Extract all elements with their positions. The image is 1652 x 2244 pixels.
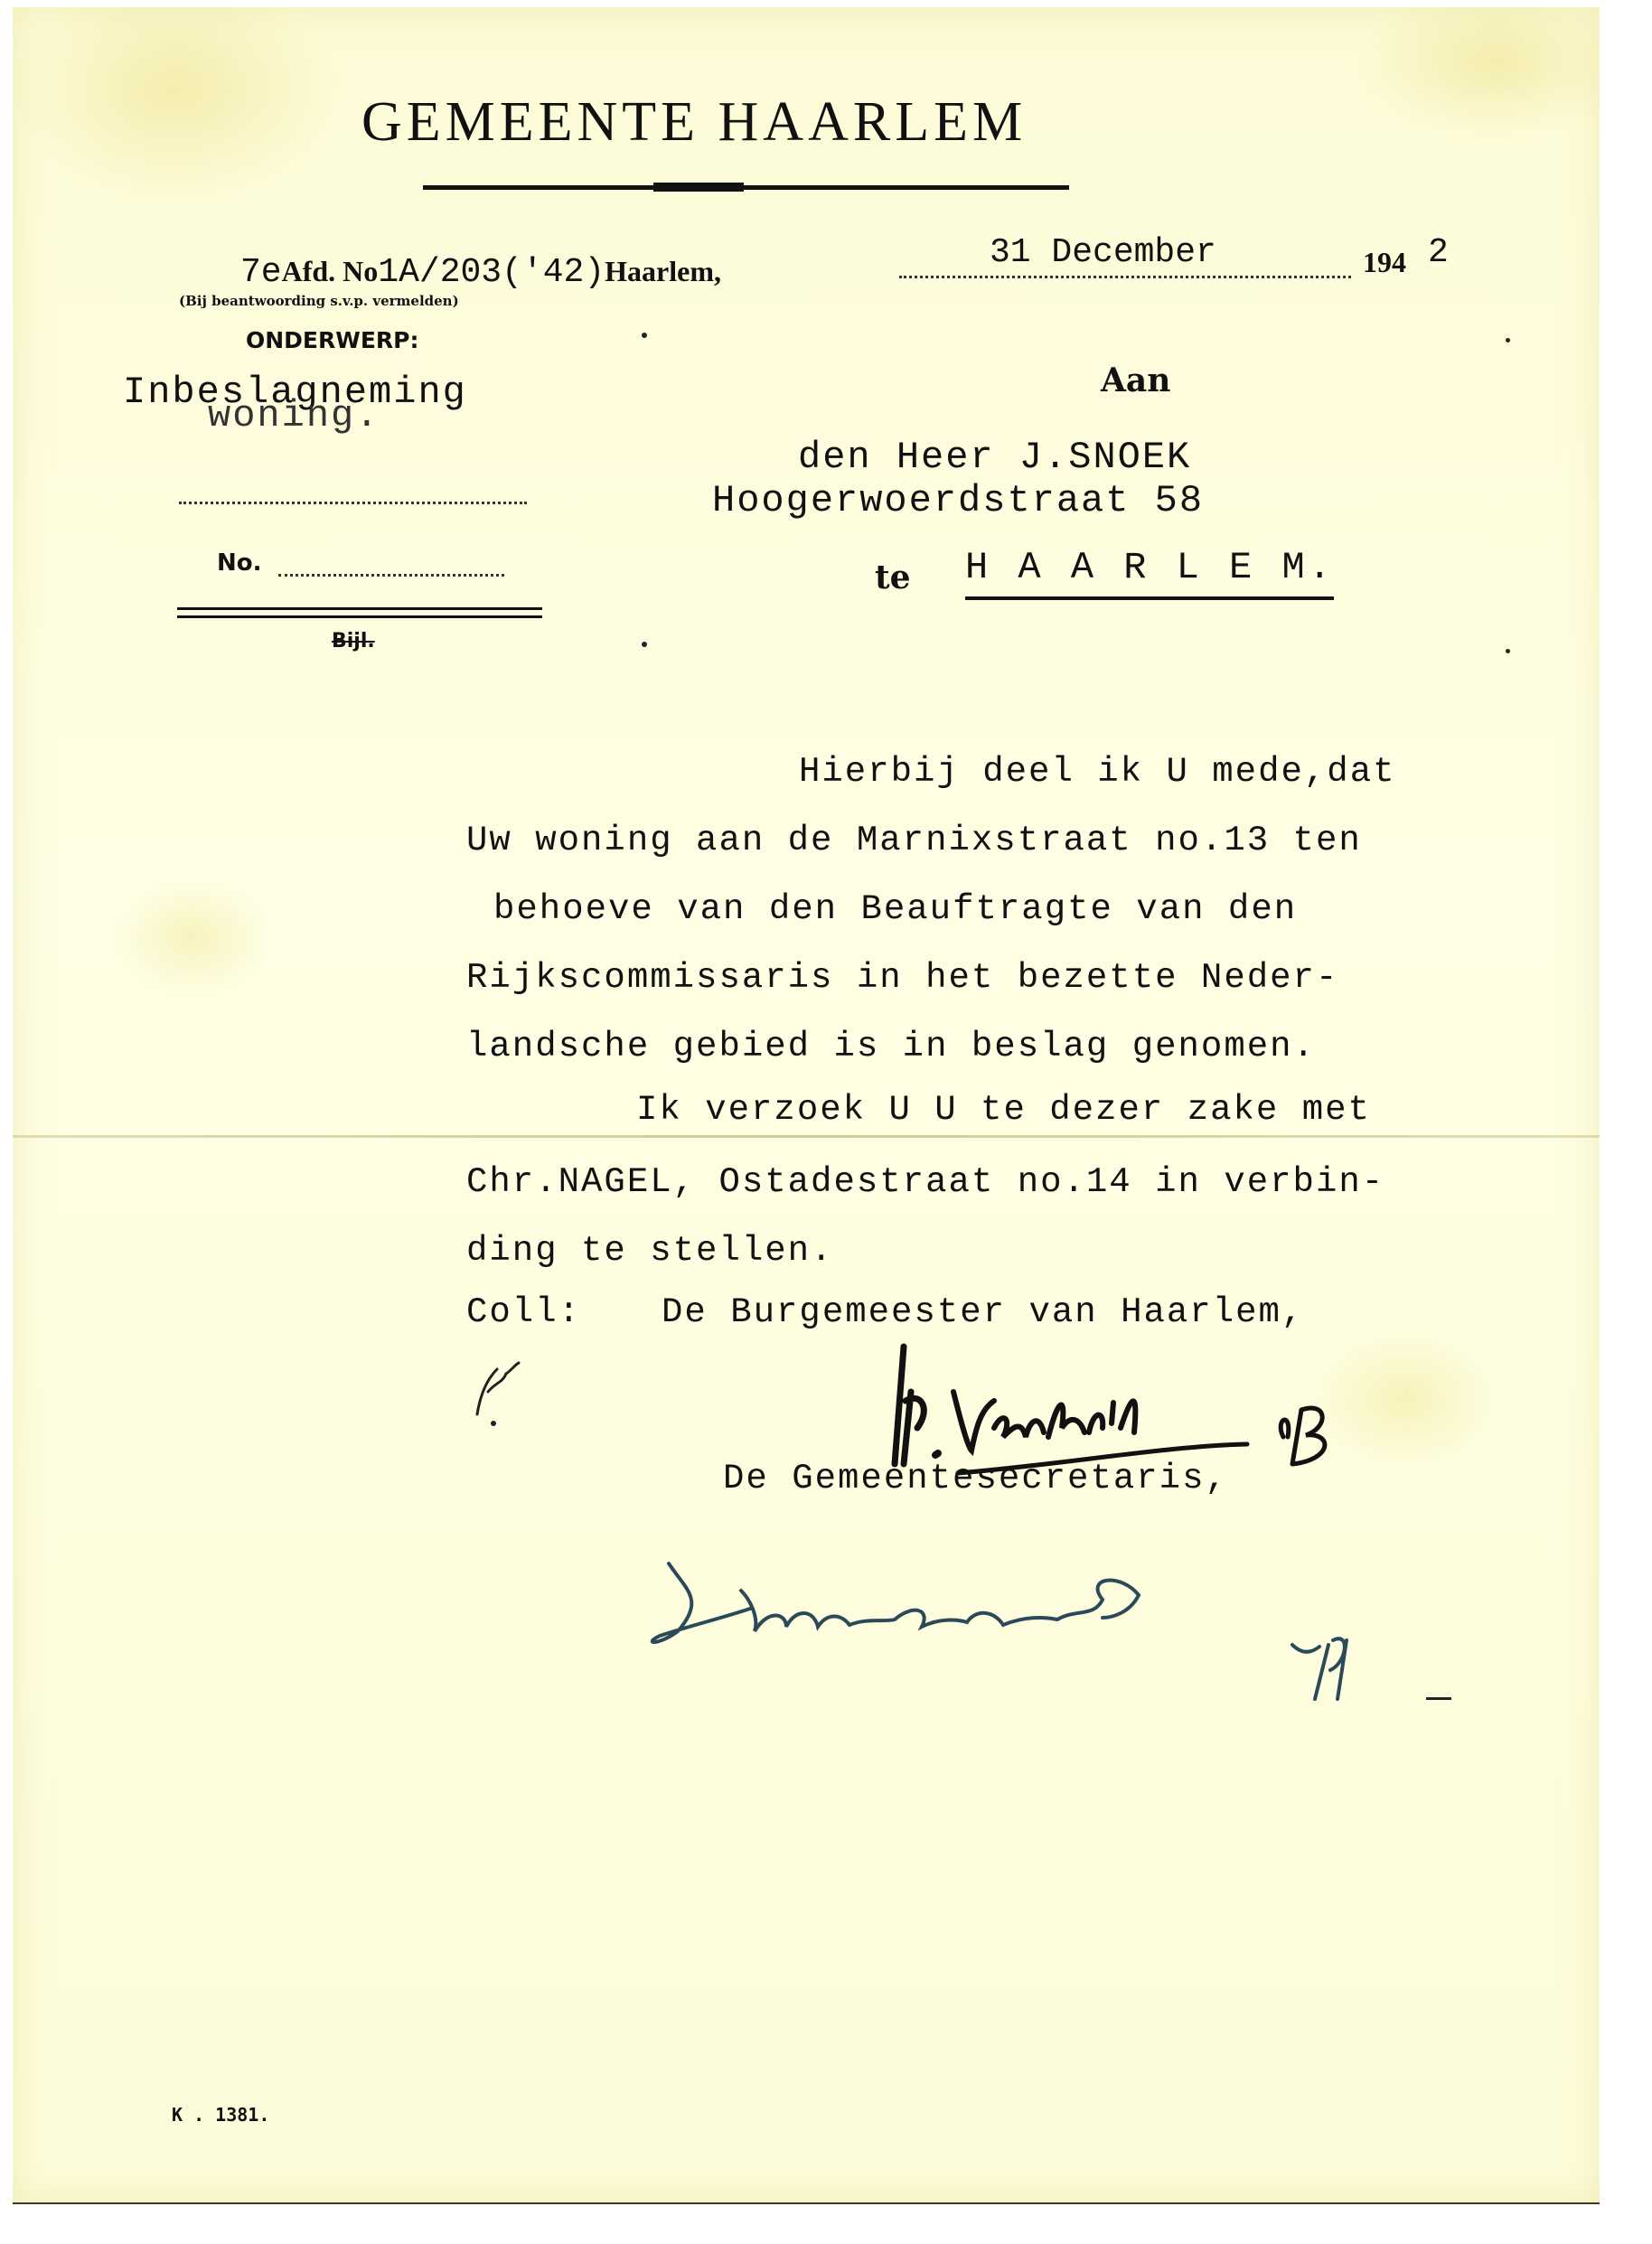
body-line-5: landsche gebied is in beslag genomen. [466,1027,1316,1066]
te-label: te [875,559,911,596]
secretary-signature [633,1545,1446,1708]
recipient-address: Hoogerwoerdstraat 58 [712,479,1204,522]
initials-mark [470,1356,524,1428]
reply-note: (Bij beantwoording s.v.p. vermelden) [179,293,459,309]
stray-dash [1426,1697,1451,1700]
letterhead-title: GEMEENTE HAARLEM [361,90,1027,155]
letterhead-rule-center [653,183,744,192]
body-line-2: Uw woning aan de Marnixstraat no.13 ten [466,821,1362,860]
coll-label: Coll: [466,1292,581,1332]
subject-dotted-line [179,502,527,504]
date-day-month: 31 December [990,233,1216,272]
year-suffix: 2 [1428,233,1449,272]
place-label: Haarlem, [605,255,721,287]
burgemeester-label: De Burgemeester van Haarlem, [662,1292,1304,1332]
reference-number: 1A/203('42) [378,253,605,292]
subject-rule-bottom [177,615,542,618]
body-line-1: Hierbij deel ik U mede,dat [799,752,1396,792]
paper-fold-line [13,1135,1600,1138]
stray-dot [1506,338,1510,343]
secretaris-label: De Gemeentesecretaris, [723,1459,1228,1498]
department-number: 7e [240,253,282,292]
no-dotted-line [278,574,504,577]
body-line-4: Rijkscommissaris in het bezette Neder- [466,958,1338,998]
stray-dot [642,333,647,338]
subject-label: ONDERWERP: [246,327,418,353]
no-label: No. [217,549,262,577]
recipient-city: H A A R L E M. [965,546,1335,589]
body-line-6: Ik verzoek U U te dezer zake met [636,1090,1371,1130]
date-dotted-line [899,276,1351,278]
body-line-7: Chr.NAGEL, Ostadestraat no.14 in verbin- [466,1162,1384,1202]
reference-line: 7eAfd. No1A/203('42)Haarlem, [233,237,721,292]
body-line-8: ding te stellen. [466,1231,833,1271]
form-code: K . 1381. [172,2104,269,2126]
bijl-label: Bijl. [332,630,375,653]
stray-dot [1506,649,1510,653]
subject-rule-top [177,607,542,610]
afd-label: Afd. No [282,255,379,287]
year-prefix: 194 [1363,246,1406,279]
subject-line-2: woning. [208,394,380,437]
stray-dot [642,642,647,647]
letterhead-rule [423,185,1069,190]
city-underline [965,596,1334,600]
body-line-3: behoeve van den Beauftragte van den [493,889,1297,929]
recipient-name: den Heer J.SNOEK [798,436,1191,479]
aan-label: Aan [1101,361,1170,399]
